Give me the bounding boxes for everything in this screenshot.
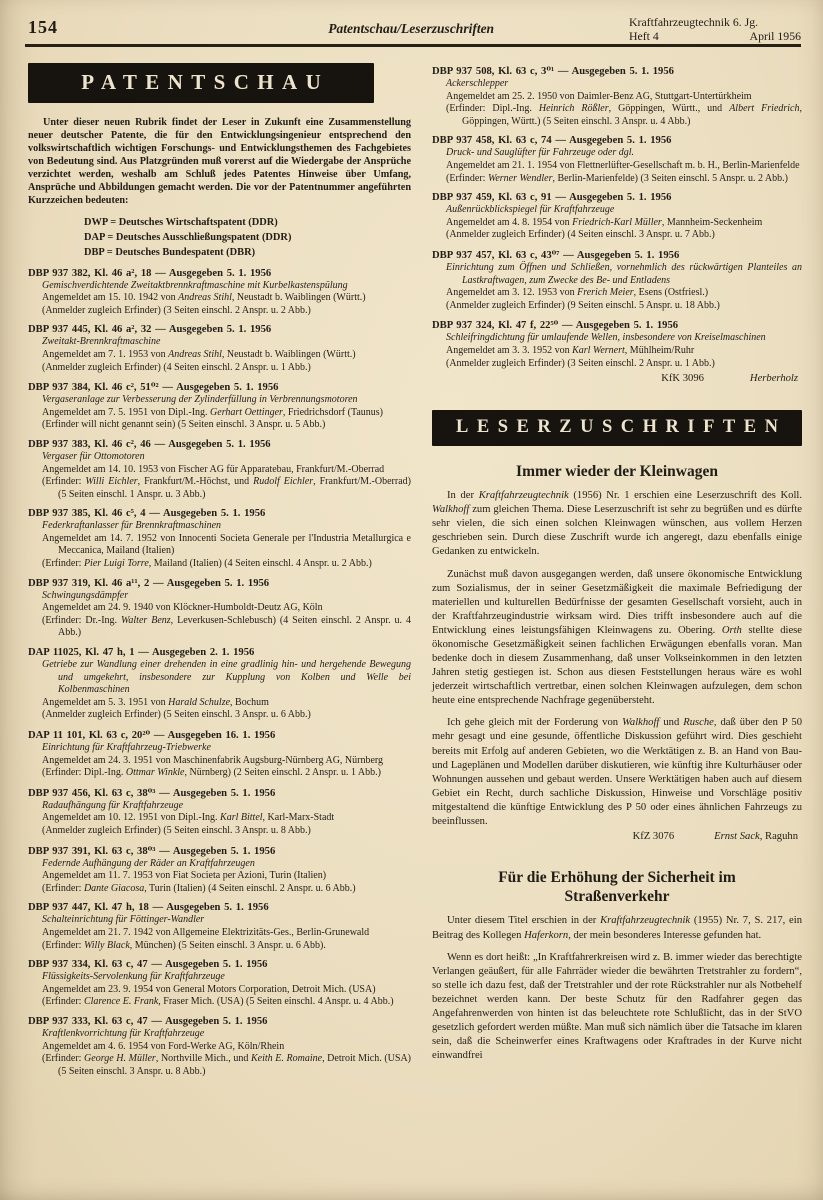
patent-head: DBP 937 508, Kl. 63 c, 3⁰¹ — Ausgegeben … [432, 65, 802, 77]
abbreviation-list: DWP = Deutsches Wirtschaftspatent (DDR)D… [84, 215, 411, 260]
patent-detail-line: (Anmelder zugleich Erfinder) (3 Seiten e… [432, 358, 802, 371]
patent-entry: DAP 11025, Kl. 47 h, 1 — Ausgegeben 2. 1… [28, 647, 411, 722]
patentschau-banner: PATENTSCHAU [28, 63, 374, 103]
patent-entry: DBP 937 384, Kl. 46 c², 51⁰² — Ausgegebe… [28, 381, 411, 432]
patentschau-signoff: KfK 3096 Herberholz [432, 373, 802, 386]
patent-head: DBP 937 382, Kl. 46 a², 18 — Ausgegeben … [28, 268, 411, 279]
running-title: Patentschau/Leserzuschriften [328, 21, 494, 37]
patent-entry: DBP 937 459, Kl. 63 c, 91 — Ausgegeben 5… [432, 192, 802, 242]
patent-detail-line: Angemeldet am 24. 3. 1951 von Maschinenf… [28, 755, 411, 768]
patent-entry: DBP 937 447, Kl. 47 h, 18 — Ausgegeben 5… [28, 902, 411, 952]
left-column: PATENTSCHAU Unter dieser neuen Rubrik fi… [28, 58, 411, 1200]
page-number: 154 [28, 17, 58, 38]
letter-paragraph: Unter diesem Titel erschien in der Kraft… [432, 914, 802, 942]
patent-title: Getriebe zur Wandlung einer drehenden in… [28, 658, 411, 697]
patent-detail-line: Angemeldet am 11. 7. 1953 von Fiat Socie… [28, 870, 411, 883]
patent-detail-line: Angemeldet am 4. 8. 1954 von Friedrich-K… [432, 217, 802, 230]
leserzuschriften-banner: LESERZUSCHRIFTEN [432, 410, 802, 446]
patent-detail-line: (Anmelder zugleich Erfinder) (4 Seiten e… [28, 362, 411, 375]
patent-detail-line: (Erfinder: Clarence E. Frank, Fraser Mic… [28, 996, 411, 1009]
abbreviation-entry: DAP = Deutsches Ausschließungspatent (DD… [84, 230, 411, 245]
patent-detail-line: Angemeldet am 14. 7. 1952 von Innocenti … [28, 533, 411, 558]
patent-title: Einrichtung für Kraftfahrzeug-Triebwerke [28, 741, 411, 755]
journal-name: Kraftfahrzeugtechnik 6. Jg. [629, 15, 801, 29]
patent-entry: DBP 937 456, Kl. 63 c, 38⁰³ — Ausgegeben… [28, 787, 411, 838]
patent-entry: DBP 937 508, Kl. 63 c, 3⁰¹ — Ausgegeben … [432, 65, 802, 128]
patent-head: DBP 937 334, Kl. 63 c, 47 — Ausgegeben 5… [28, 959, 411, 970]
patent-head: DBP 937 383, Kl. 46 c², 46 — Ausgegeben … [28, 439, 411, 450]
patent-detail-line: Angemeldet am 7. 5. 1951 von Dipl.-Ing. … [28, 407, 411, 420]
patent-entry: DBP 937 382, Kl. 46 a², 18 — Ausgegeben … [28, 268, 411, 318]
patent-head: DBP 937 447, Kl. 47 h, 18 — Ausgegeben 5… [28, 902, 411, 913]
patent-entry: DBP 937 391, Kl. 63 c, 38⁰³ — Ausgegeben… [28, 845, 411, 896]
patent-detail-line: (Erfinder: Dipl.-Ing. Ottmar Winkle, Nür… [28, 767, 411, 780]
patent-head: DBP 937 457, Kl. 63 c, 43⁰⁷ — Ausgegeben… [432, 249, 802, 261]
patent-detail-line: Angemeldet am 24. 9. 1940 von Klöckner-H… [28, 602, 411, 615]
patent-detail-line: (Erfinder: Pier Luigi Torre, Mailand (It… [28, 558, 411, 571]
patent-title: Außenrückblickspiegel für Kraftfahrzeuge [432, 203, 802, 217]
letter-paragraph: In der Kraftfahrzeugtechnik (1956) Nr. 1… [432, 489, 802, 559]
letter-paragraph: Ich gehe gleich mit der Forderung von Wa… [432, 716, 802, 829]
patent-entry: DBP 937 457, Kl. 63 c, 43⁰⁷ — Ausgegeben… [432, 249, 802, 312]
patent-detail-line: Angemeldet am 25. 2. 1950 von Daimler-Be… [432, 91, 802, 104]
header-rule [25, 44, 801, 47]
patent-title: Kraftlenkvorrichtung für Kraftfahrzeuge [28, 1027, 411, 1041]
signoff-name: Herberholz [750, 373, 798, 386]
patent-head: DBP 937 459, Kl. 63 c, 91 — Ausgegeben 5… [432, 192, 802, 203]
patent-title: Gemischverdichtende Zweitaktbrennkraftma… [28, 279, 411, 293]
intro-paragraph: Unter dieser neuen Rubrik findet der Les… [28, 116, 411, 207]
patent-detail-line: (Anmelder zugleich Erfinder) (5 Seiten e… [28, 825, 411, 838]
signoff-name: Ernst Sack, Raguhn [714, 831, 798, 844]
patent-title: Federkraftanlasser für Brennkraftmaschin… [28, 519, 411, 533]
patent-head: DAP 11025, Kl. 47 h, 1 — Ausgegeben 2. 1… [28, 647, 411, 658]
patent-head: DBP 937 333, Kl. 63 c, 47 — Ausgegeben 5… [28, 1016, 411, 1027]
patent-title: Ackerschlepper [432, 77, 802, 91]
patent-detail-line: Angemeldet am 21. 1. 1954 von Flettnerlü… [432, 160, 802, 173]
patent-title: Schleifringdichtung für umlaufende Welle… [432, 331, 802, 345]
patent-entry: DBP 937 458, Kl. 63 c, 74 — Ausgegeben 5… [432, 135, 802, 185]
patent-detail-line: (Anmelder zugleich Erfinder) (5 Seiten e… [28, 709, 411, 722]
patent-head: DBP 937 385, Kl. 46 c⁵, 4 — Ausgegeben 5… [28, 508, 411, 519]
patent-detail-line: (Erfinder: Dipl.-Ing. Heinrich Rößler, G… [432, 103, 802, 128]
patent-head: DBP 937 458, Kl. 63 c, 74 — Ausgegeben 5… [432, 135, 802, 146]
patent-detail-line: (Erfinder: George H. Müller, Northville … [28, 1053, 411, 1078]
letter-heading: Immer wieder der Kleinwagen [491, 462, 743, 481]
letter-heading: Für die Erhöhung der Sicherheit im Straß… [491, 868, 743, 907]
patent-entry: DBP 937 385, Kl. 46 c⁵, 4 — Ausgegeben 5… [28, 508, 411, 570]
patent-detail-line: Angemeldet am 14. 10. 1953 von Fischer A… [28, 464, 411, 477]
patent-entry: DBP 937 445, Kl. 46 a², 32 — Ausgegeben … [28, 324, 411, 374]
signoff-code: KfZ 3076 [633, 831, 675, 844]
patent-title: Druck- und Sauglüfter für Fahrzeuge oder… [432, 146, 802, 160]
patent-head: DAP 11 101, Kl. 63 c, 20²⁰ — Ausgegeben … [28, 729, 411, 741]
patent-detail-line: Angemeldet am 3. 3. 1952 von Karl Werner… [432, 345, 802, 358]
issue-date: April 1956 [750, 29, 801, 43]
abbreviation-entry: DBP = Deutsches Bundespatent (DBR) [84, 245, 411, 260]
issue-info: Kraftfahrzeugtechnik 6. Jg. Heft 4 April… [629, 15, 801, 44]
patent-detail-line: (Erfinder: Werner Wendler, Berlin-Marien… [432, 173, 802, 186]
patent-detail-line: (Erfinder: Dante Giacosa, Turin (Italien… [28, 883, 411, 896]
patent-entry: DBP 937 383, Kl. 46 c², 46 — Ausgegeben … [28, 439, 411, 501]
patent-detail-line: (Erfinder will nicht genannt sein) (5 Se… [28, 419, 411, 432]
patent-detail-line: (Anmelder zugleich Erfinder) (9 Seiten e… [432, 300, 802, 313]
page-header: 154 Patentschau/Leserzuschriften Kraftfa… [28, 15, 801, 45]
patent-detail-line: Angemeldet am 3. 12. 1953 von Frerich Me… [432, 287, 802, 300]
issue-number: Heft 4 [629, 29, 659, 43]
patent-detail-line: Angemeldet am 5. 3. 1951 von Harald Schu… [28, 697, 411, 710]
letter: Für die Erhöhung der Sicherheit im Straß… [432, 868, 802, 1066]
patent-detail-line: Angemeldet am 21. 7. 1942 von Allgemeine… [28, 927, 411, 940]
patent-head: DBP 937 456, Kl. 63 c, 38⁰³ — Ausgegeben… [28, 787, 411, 799]
patent-detail-line: (Erfinder: Willy Black, München) (5 Seit… [28, 940, 411, 953]
patent-title: Schalteinrichtung für Föttinger-Wandler [28, 913, 411, 927]
patent-head: DBP 937 445, Kl. 46 a², 32 — Ausgegeben … [28, 324, 411, 335]
patent-title: Vergaseranlage zur Verbesserung der Zyli… [28, 393, 411, 407]
patent-detail-line: Angemeldet am 10. 12. 1951 von Dipl.-Ing… [28, 812, 411, 825]
patent-entry: DAP 11 101, Kl. 63 c, 20²⁰ — Ausgegeben … [28, 729, 411, 780]
abbreviation-entry: DWP = Deutsches Wirtschaftspatent (DDR) [84, 215, 411, 230]
patent-detail-line: (Erfinder: Dr.-Ing. Walter Benz, Leverku… [28, 615, 411, 640]
letter: Immer wieder der Kleinwagen In der Kraft… [432, 462, 802, 844]
patent-head: DBP 937 319, Kl. 46 a¹¹, 2 — Ausgegeben … [28, 578, 411, 589]
patent-head: DBP 937 384, Kl. 46 c², 51⁰² — Ausgegebe… [28, 381, 411, 393]
right-column: DBP 937 508, Kl. 63 c, 3⁰¹ — Ausgegeben … [432, 58, 802, 1200]
letter-signoff: KfZ 3076 Ernst Sack, Raguhn [432, 831, 802, 844]
letter-paragraph: Wenn es dort heißt: „In Kraftfahrerkreis… [432, 951, 802, 1064]
patent-title: Zweitakt-Brennkraftmaschine [28, 335, 411, 349]
patent-detail-line: Angemeldet am 23. 9. 1954 von General Mo… [28, 984, 411, 997]
patent-entry: DBP 937 319, Kl. 46 a¹¹, 2 — Ausgegeben … [28, 578, 411, 640]
patent-detail-line: (Anmelder zugleich Erfinder) (3 Seiten e… [28, 305, 411, 318]
patent-detail-line: (Anmelder zugleich Erfinder) (4 Seiten e… [432, 229, 802, 242]
patent-title: Vergaser für Ottomotoren [28, 450, 411, 464]
patent-title: Einrichtung zum Öffnen und Schließen, vo… [432, 261, 802, 287]
patent-entry: DBP 937 333, Kl. 63 c, 47 — Ausgegeben 5… [28, 1016, 411, 1078]
signoff-code: KfK 3096 [661, 373, 704, 386]
patent-title: Flüssigkeits-Servolenkung für Kraftfahrz… [28, 970, 411, 984]
patent-head: DBP 937 324, Kl. 47 f, 22⁵⁰ — Ausgegeben… [432, 319, 802, 331]
patent-detail-line: Angemeldet am 15. 10. 1942 von Andreas S… [28, 292, 411, 305]
patent-title: Federnde Aufhängung der Räder an Kraftfa… [28, 857, 411, 871]
patent-detail-line: Angemeldet am 7. 1. 1953 von Andreas Sti… [28, 349, 411, 362]
patent-detail-line: Angemeldet am 4. 6. 1954 von Ford-Werke … [28, 1041, 411, 1054]
patent-entry: DBP 937 334, Kl. 63 c, 47 — Ausgegeben 5… [28, 959, 411, 1009]
patent-title: Radaufhängung für Kraftfahrzeuge [28, 799, 411, 813]
two-column-layout: PATENTSCHAU Unter dieser neuen Rubrik fi… [28, 58, 802, 1200]
patent-head: DBP 937 391, Kl. 63 c, 38⁰³ — Ausgegeben… [28, 845, 411, 857]
letter-paragraph: Zunächst muß davon ausgegangen werden, d… [432, 568, 802, 709]
patent-entry: DBP 937 324, Kl. 47 f, 22⁵⁰ — Ausgegeben… [432, 319, 802, 370]
patent-detail-line: (Erfinder: Willi Eichler, Frankfurt/M.-H… [28, 476, 411, 501]
patent-title: Schwingungsdämpfer [28, 589, 411, 603]
journal-page: 154 Patentschau/Leserzuschriften Kraftfa… [0, 0, 823, 1200]
